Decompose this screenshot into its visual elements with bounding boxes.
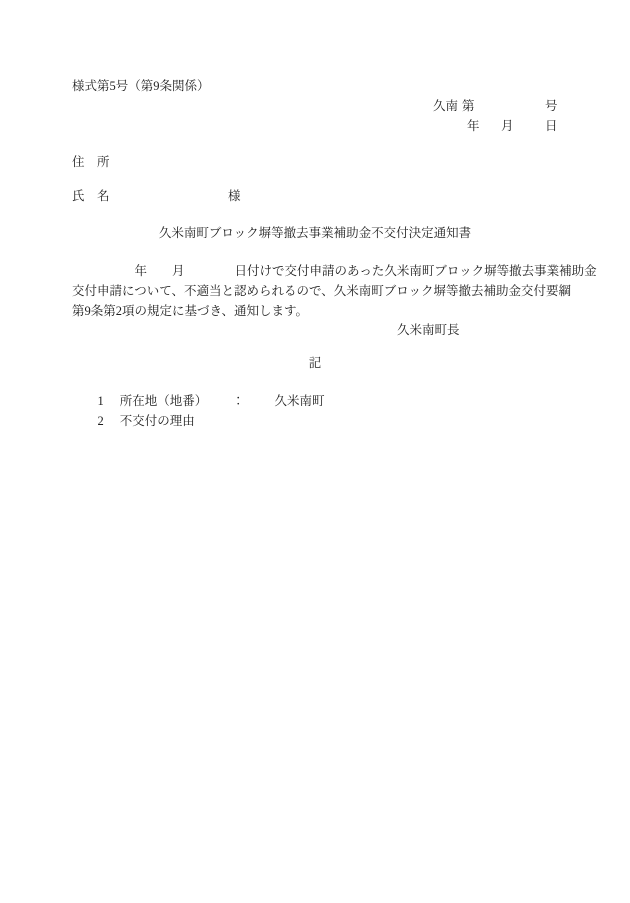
- ref-dai-label: 第: [462, 98, 475, 115]
- document-page: 様式第5号（第9条関係） 久南 第 号 年 月 日 住 所 氏 名 様 久米南町…: [0, 0, 630, 903]
- date-day-label: 日: [545, 118, 558, 135]
- ref-prefix: 久南: [433, 98, 458, 115]
- record-heading: 記: [0, 355, 630, 372]
- item-1-separator: ：: [232, 394, 245, 408]
- body-paragraph: 年 月 日付けで交付申請のあった久米南町ブロック塀等撤去事業補助金 交付申請につ…: [72, 261, 612, 321]
- sender-title: 久米南町長: [397, 322, 460, 339]
- item-2-label: 不交付の理由: [120, 414, 195, 428]
- address-label: 住 所: [72, 154, 110, 171]
- document-title: 久米南町ブロック塀等撤去事業補助金不交付決定通知書: [0, 225, 630, 242]
- date-month-label: 月: [501, 118, 514, 135]
- date-year-label: 年: [467, 118, 480, 135]
- item-1-value: 久米南町: [275, 394, 325, 408]
- body-line-2: 交付申請について、不適当と認められるので、久米南町ブロック塀等撤去補助金交付要綱: [72, 281, 612, 301]
- body-line-3: 第9条第2項の規定に基づき、通知します。: [72, 301, 612, 321]
- form-number: 様式第5号（第9条関係）: [72, 78, 210, 95]
- item-2-number: 2: [98, 414, 104, 428]
- ref-go-label: 号: [545, 98, 558, 115]
- body-line-1: 年 月 日付けで交付申請のあった久米南町ブロック塀等撤去事業補助金: [72, 261, 612, 281]
- name-label: 氏 名: [72, 188, 110, 205]
- honorific-label: 様: [228, 188, 241, 205]
- item-reason-row: 2不交付の理由: [85, 396, 195, 447]
